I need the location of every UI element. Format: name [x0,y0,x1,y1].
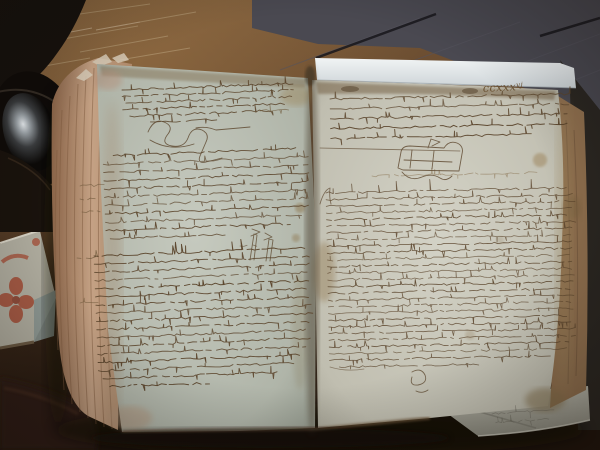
scene-photo: ccxxxvj [0,0,600,450]
photo-vignette [0,0,600,450]
photo-of-manuscript: ccxxxvj [0,0,600,450]
